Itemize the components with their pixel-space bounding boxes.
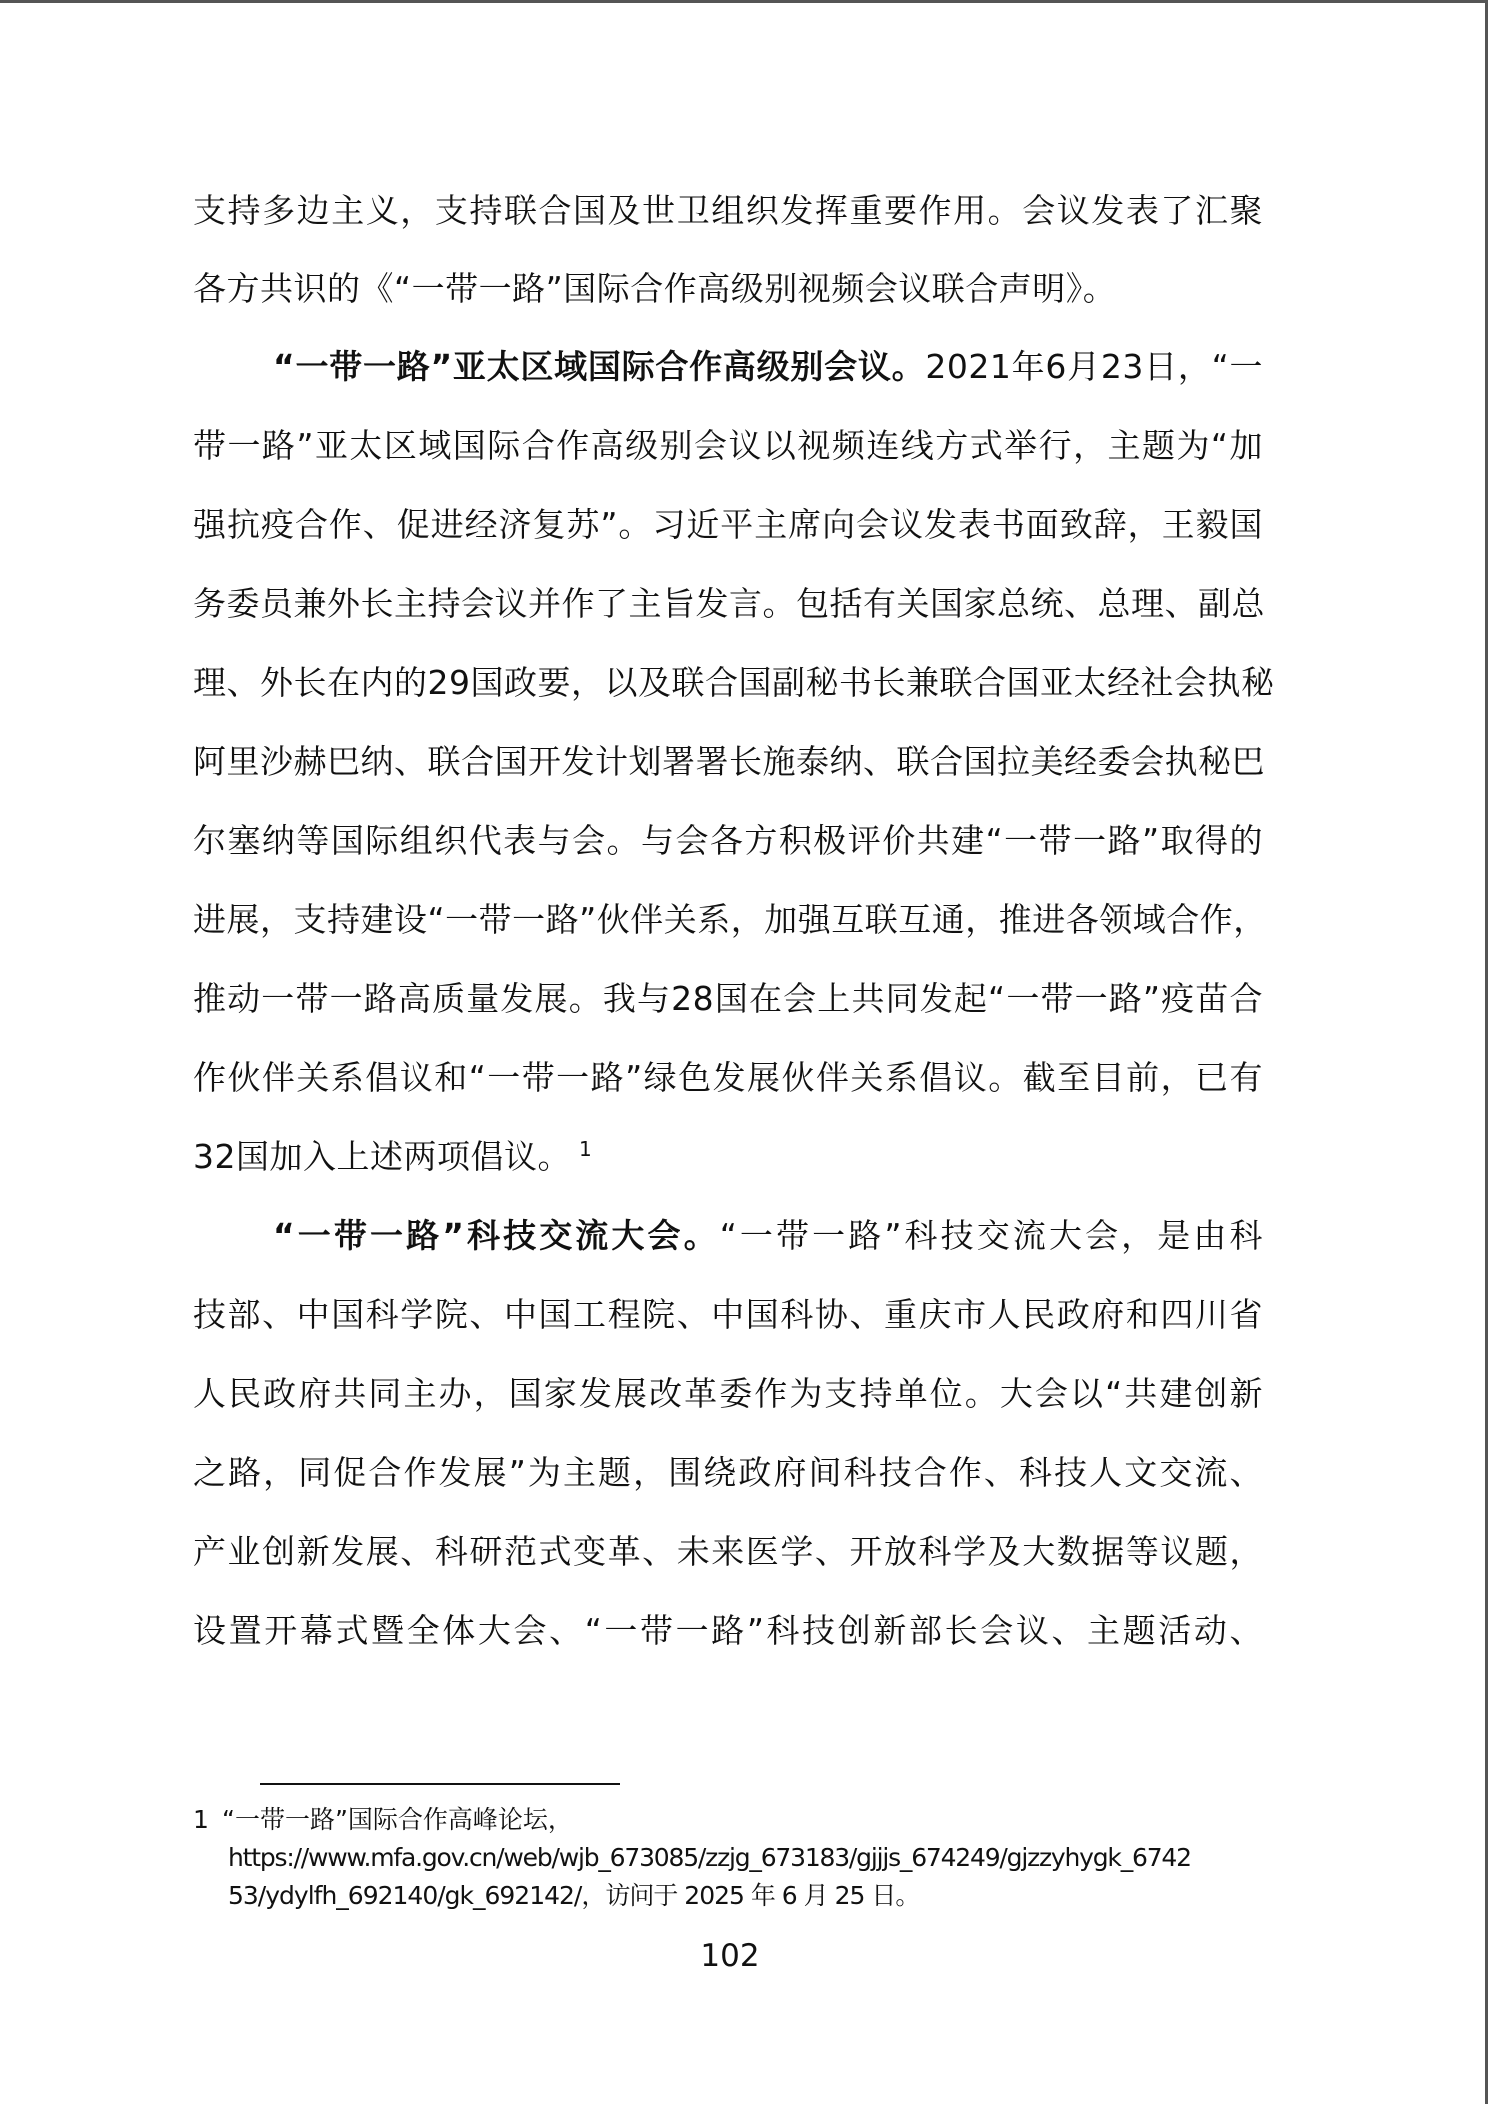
text-run: 支持多边主义，支持联合国及世卫组织发挥重要作用。会议发表了汇聚 (193, 191, 1263, 230)
text-run: 尔塞纳等国际组织代表与会。与会各方积极评价共建“一带一路”取得的 (193, 821, 1263, 860)
text-run: “一带一路”科技交流大会，是由科 (720, 1216, 1263, 1255)
text-run: 技部、中国科学院、中国工程院、中国科协、重庆市人民政府和四川省 (193, 1295, 1263, 1334)
text-run: 32国加入上述两项倡议。 (193, 1137, 571, 1176)
body-line: 各方共识的《“一带一路”国际合作高级别视频会议联合声明》。 (193, 269, 1263, 309)
body-line: 设置开幕式暨全体大会、“一带一路”科技创新部长会议、主题活动、 (193, 1611, 1263, 1651)
footnote-source: “一带一路”国际合作高峰论坛， (222, 1803, 573, 1837)
text-run: 务委员兼外长主持会议并作了主旨发言。包括有关国家总统、总理、副总 (193, 584, 1265, 623)
text-run: 各方共识的《“一带一路”国际合作高级别视频会议联合声明》。 (193, 269, 1116, 308)
paragraph-heading-line: “一带一路”科技交流大会。“一带一路”科技交流大会，是由科 (273, 1216, 1263, 1256)
text-run: 推动一带一路高质量发展。我与28国在会上共同发起“一带一路”疫苗合 (193, 979, 1263, 1018)
paragraph-heading-line: “一带一路”亚太区域国际合作高级别会议。2021年6月23日，“一 (273, 347, 1263, 387)
footnote-url[interactable]: https://www.mfa.gov.cn/web/wjb_673085/zz… (228, 1841, 1191, 1875)
body-line: 理、外长在内的29国政要，以及联合国副秘书长兼联合国亚太经社会执秘 (193, 663, 1263, 703)
body-line: 尔塞纳等国际组织代表与会。与会各方积极评价共建“一带一路”取得的 (193, 821, 1263, 861)
body-line: 带一路”亚太区域国际合作高级别会议以视频连线方式举行，主题为“加 (193, 426, 1263, 466)
footnote-url-continued[interactable]: 53/ydylfh_692140/gk_692142/，访问于 2025 年 6… (228, 1879, 919, 1913)
text-run: 理、外长在内的29国政要，以及联合国副秘书长兼联合国亚太经社会执秘 (193, 663, 1275, 702)
paragraph-heading: “一带一路”亚太区域国际合作高级别会议。 (273, 347, 925, 386)
text-run: 设置开幕式暨全体大会、“一带一路”科技创新部长会议、主题活动、 (193, 1611, 1263, 1650)
text-run: 人民政府共同主办，国家发展改革委作为支持单位。大会以“共建创新 (193, 1374, 1263, 1413)
text-run: 作伙伴关系倡议和“一带一路”绿色发展伙伴关系倡议。截至目前，已有 (193, 1058, 1263, 1097)
body-line: 32国加入上述两项倡议。1 (193, 1137, 1263, 1177)
paragraph-heading: “一带一路”科技交流大会。 (273, 1216, 720, 1255)
text-run: 阿里沙赫巴纳、联合国开发计划署署长施泰纳、联合国拉美经委会执秘巴 (193, 742, 1265, 781)
text-run: 2021年6月23日，“一 (925, 347, 1263, 386)
text-run: 强抗疫合作、促进经济复苏”。习近平主席向会议发表书面致辞，王毅国 (193, 505, 1263, 544)
page-number: 102 (0, 1938, 1460, 1974)
body-line: 作伙伴关系倡议和“一带一路”绿色发展伙伴关系倡议。截至目前，已有 (193, 1058, 1263, 1098)
body-line: 务委员兼外长主持会议并作了主旨发言。包括有关国家总统、总理、副总 (193, 584, 1263, 624)
text-run: 之路，同促合作发展”为主题，围绕政府间科技合作、科技人文交流、 (193, 1453, 1263, 1492)
body-line: 推动一带一路高质量发展。我与28国在会上共同发起“一带一路”疫苗合 (193, 979, 1263, 1019)
footnote-reference[interactable]: 1 (579, 1137, 592, 1161)
footnote-number: 1 (193, 1803, 209, 1837)
body-line: 之路，同促合作发展”为主题，围绕政府间科技合作、科技人文交流、 (193, 1453, 1263, 1493)
text-run: 带一路”亚太区域国际合作高级别会议以视频连线方式举行，主题为“加 (193, 426, 1263, 465)
body-line: 人民政府共同主办，国家发展改革委作为支持单位。大会以“共建创新 (193, 1374, 1263, 1414)
text-run: 产业创新发展、科研范式变革、未来医学、开放科学及大数据等议题， (193, 1532, 1263, 1571)
footnote-separator (260, 1783, 620, 1785)
document-page: 支持多边主义，支持联合国及世卫组织发挥重要作用。会议发表了汇聚 各方共识的《“一… (0, 0, 1488, 2104)
body-line: 阿里沙赫巴纳、联合国开发计划署署长施泰纳、联合国拉美经委会执秘巴 (193, 742, 1263, 782)
body-line: 强抗疫合作、促进经济复苏”。习近平主席向会议发表书面致辞，王毅国 (193, 505, 1263, 545)
body-line: 技部、中国科学院、中国工程院、中国科协、重庆市人民政府和四川省 (193, 1295, 1263, 1335)
body-line: 进展，支持建设“一带一路”伙伴关系，加强互联互通，推进各领域合作， (193, 900, 1263, 940)
body-line: 支持多边主义，支持联合国及世卫组织发挥重要作用。会议发表了汇聚 (193, 191, 1263, 231)
text-run: 进展，支持建设“一带一路”伙伴关系，加强互联互通，推进各领域合作， (193, 900, 1267, 939)
body-line: 产业创新发展、科研范式变革、未来医学、开放科学及大数据等议题， (193, 1532, 1263, 1572)
